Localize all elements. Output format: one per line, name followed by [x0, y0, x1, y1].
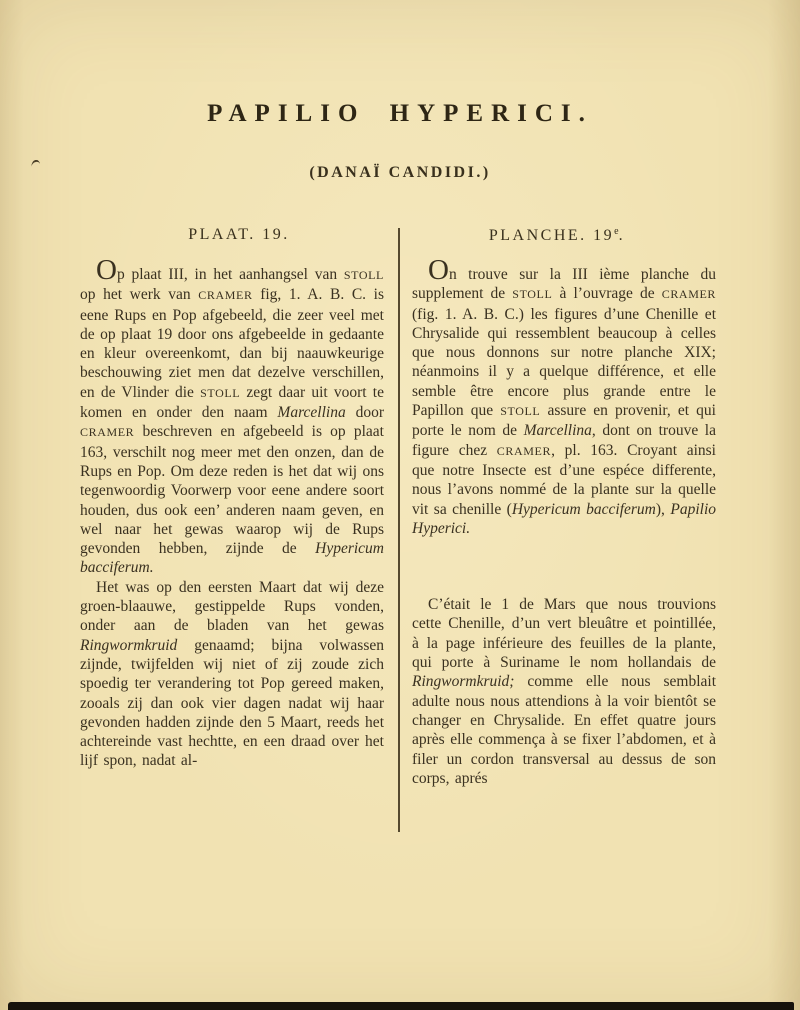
text-run-sc: STOLL: [500, 404, 540, 418]
text-run-italic: Marcellina: [524, 422, 592, 439]
text-run-normal: Het was op den eersten Maart dat wij dez…: [80, 579, 384, 635]
text-run-normal: ),: [656, 501, 670, 518]
text-run-sc: STOLL: [200, 386, 240, 400]
right-header-period: .: [619, 227, 626, 244]
text-run-sc: CRAMER: [662, 287, 716, 301]
right-header-main: PLANCHE. 19: [489, 227, 614, 244]
text-run-bigcap: O: [96, 254, 117, 286]
text-run-normal: door: [346, 404, 384, 421]
paragraph: Het was op den eersten Maart dat wij dez…: [80, 578, 384, 771]
scan-bottom-edge-bar: [8, 1002, 794, 1010]
right-column-french-text: On trouve sur la III ième planche du sup…: [412, 265, 716, 788]
text-run-sc: CRAMER: [497, 444, 551, 458]
left-column-header: PLAAT. 19.: [80, 226, 398, 245]
left-column-dutch-text: Op plaat III, in het aanhangsel van STOL…: [80, 265, 384, 788]
text-run-bigcap: O: [428, 254, 449, 286]
paragraph: Op plaat III, in het aanhangsel van STOL…: [80, 265, 384, 578]
text-run-normal: op het werk van: [80, 286, 198, 303]
column-divider-rule: [398, 228, 400, 832]
text-run-normal: comme elle nous semblait adulte nous nou…: [412, 673, 716, 786]
text-run-sc: CRAMER: [198, 288, 252, 302]
text-run-normal: beschreven en afgebeeld is op plaat 163,…: [80, 423, 384, 557]
paragraph: On trouve sur la III ième planche du sup…: [412, 265, 716, 538]
text-run-normal: C’était le 1 de Mars que nous trouvions …: [412, 596, 716, 671]
text-run-italic: Hypericum bacciferum: [512, 501, 656, 518]
page-title: PAPILIO HYPERICI.: [0, 0, 800, 128]
text-run-italic: Ringwormkruid: [80, 637, 177, 654]
text-run-normal: p plaat III, in het aanhangsel van: [117, 266, 344, 283]
text-run-italic: Ringwormkruid;: [412, 673, 514, 690]
text-run-sc: CRAMER: [80, 425, 134, 439]
text-run-sc: STOLL: [344, 268, 384, 282]
text-run-normal: genaamd; bijna volwassen zijnde, twijfel…: [80, 637, 384, 770]
book-page-scan: PAPILIO HYPERICI. (DANAÏ CANDIDI.) PLAAT…: [0, 0, 800, 1010]
stray-ink-mark: [31, 159, 41, 167]
two-column-text: Op plaat III, in het aanhangsel van STOL…: [0, 245, 800, 788]
text-run-italic: Marcellina: [277, 404, 345, 421]
text-run-normal: à l’ouvrage de: [552, 285, 661, 302]
text-run-sc: STOLL: [512, 287, 552, 301]
page-subtitle: (DANAÏ CANDIDI.): [0, 128, 800, 182]
paragraph: C’était le 1 de Mars que nous trouvions …: [412, 595, 716, 788]
column-headers-row: PLAAT. 19. PLANCHE. 19e.: [0, 182, 800, 245]
right-column-header: PLANCHE. 19e.: [398, 226, 716, 245]
